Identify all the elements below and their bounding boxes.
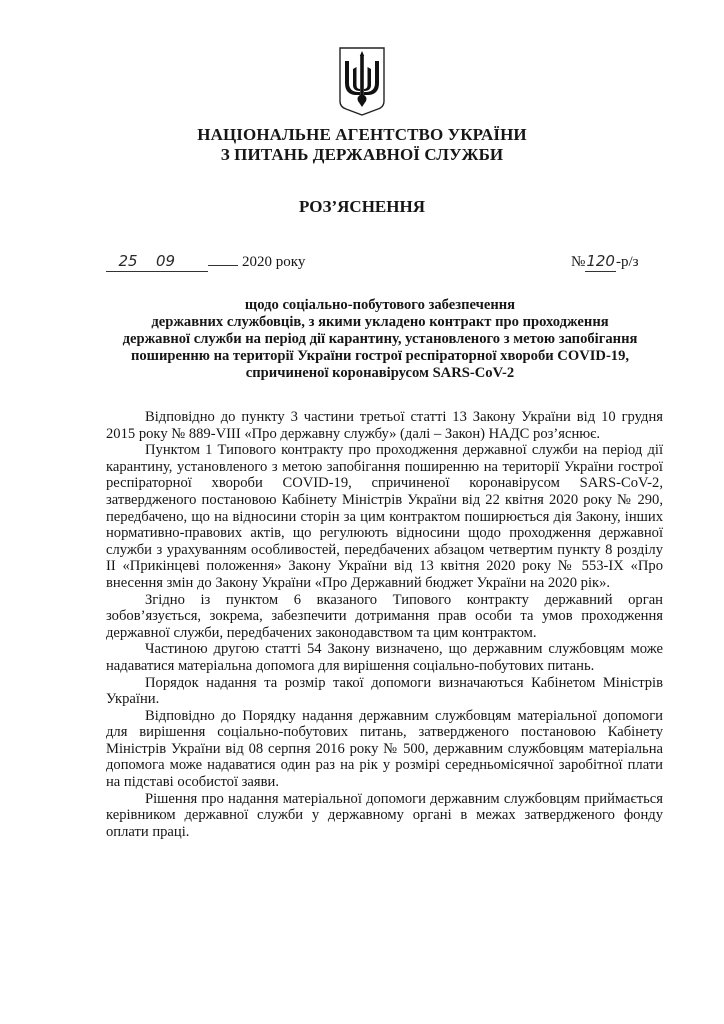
agency-name-line-1: НАЦІОНАЛЬНЕ АГЕНТСТВО УКРАЇНИ <box>0 125 724 145</box>
date-month-handwritten: 09 <box>150 251 208 272</box>
document-page: НАЦІОНАЛЬНЕ АГЕНТСТВО УКРАЇНИ З ПИТАНЬ Д… <box>0 0 724 1024</box>
date-blank-underline <box>208 265 238 266</box>
body-paragraph: Пунктом 1 Типового контракту про проходж… <box>106 442 663 591</box>
subject-line: спричиненої коронавірусом SARS-CoV-2 <box>100 365 660 382</box>
number-prefix: № <box>571 252 585 272</box>
body-paragraph: Відповідно до пункту 3 частини третьої с… <box>106 409 663 442</box>
body-paragraph: Відповідно до Порядку надання державним … <box>106 708 663 791</box>
document-date: 25 09 2020 року <box>106 251 305 272</box>
subject-line: поширенню на території України гострої р… <box>100 348 660 365</box>
ukraine-coat-of-arms-icon <box>337 45 387 117</box>
body-paragraph: Рішення про надання матеріальної допомог… <box>106 791 663 841</box>
subject-line: державної служби на період дії карантину… <box>100 331 660 348</box>
subject-line: державних службовців, з якими укладено к… <box>100 314 660 331</box>
date-year-text: 2020 року <box>242 252 305 272</box>
body-paragraph: Порядок надання та розмір такої допомоги… <box>106 675 663 708</box>
document-type-title: РОЗ’ЯСНЕННЯ <box>0 197 724 217</box>
body-paragraph: Частиною другою статті 54 Закону визначе… <box>106 641 663 674</box>
agency-name: НАЦІОНАЛЬНЕ АГЕНТСТВО УКРАЇНИ З ПИТАНЬ Д… <box>0 125 724 165</box>
agency-name-line-2: З ПИТАНЬ ДЕРЖАВНОЇ СЛУЖБИ <box>0 145 724 165</box>
number-value-handwritten: 120 <box>585 251 616 272</box>
document-body: Відповідно до пункту 3 частини третьої с… <box>106 409 663 840</box>
subject-line: щодо соціально-побутового забезпечення <box>100 297 660 314</box>
number-suffix: -р/з <box>616 252 639 272</box>
date-day-handwritten: 25 <box>106 251 150 272</box>
body-paragraph: Згідно із пунктом 6 вказаного Типового к… <box>106 592 663 642</box>
document-subject: щодо соціально-побутового забезпечення д… <box>100 297 660 382</box>
document-number: № 120 -р/з <box>571 251 639 272</box>
